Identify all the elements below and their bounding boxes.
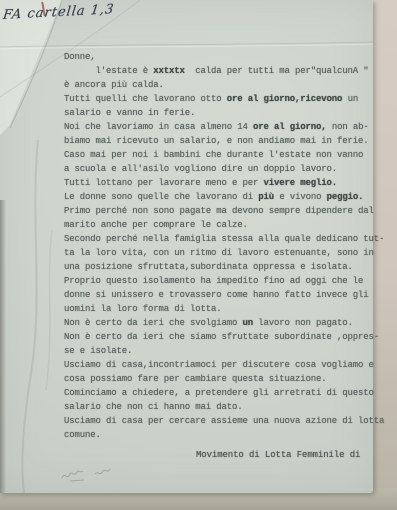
- typed-line: l'estate è xxtxtx calda per tutti ma per…: [64, 64, 384, 78]
- typed-line: è ancora più calda.: [64, 78, 384, 92]
- typed-line: Donne,: [64, 50, 384, 64]
- typed-line: cosa possiamo fare per cambiare questa s…: [64, 372, 384, 386]
- typewritten-page: FA cartella 1,3 Donne, l'estate è xxtxtx…: [0, 0, 373, 493]
- typed-line: Tutti quelli che lavorano otto ore al gi…: [64, 92, 384, 106]
- scanned-document-photo: { "document": { "annotations": { "header…: [0, 0, 397, 510]
- horizontal-fold-line: [0, 42, 373, 47]
- typed-line: Non è certo da ieri che siamo sfruttate …: [64, 330, 384, 344]
- typed-line: salario che non ci hanno mai dato.: [64, 400, 384, 414]
- handwritten-annotation: FA cartella 1,3: [2, 2, 115, 23]
- letter-body: Donne, l'estate è xxtxtx calda per tutti…: [64, 50, 384, 442]
- pencil-scribble-icon: [62, 469, 110, 481]
- typed-line: salario e vanno in ferie.: [64, 106, 384, 120]
- typed-line: se e isolate.: [64, 344, 384, 358]
- typed-line: uomini la loro forma di lotta.: [64, 302, 384, 316]
- vertical-crease-2: [46, 230, 52, 390]
- typed-line: Proprio questo isolamento ha impedito fi…: [64, 274, 384, 288]
- typed-line: ta la loro vita, con un ritmo di lavoro …: [64, 246, 384, 260]
- horizontal-fold-highlight: [0, 44, 373, 49]
- typed-line: a scuola e all'asilo vogliono dire un do…: [64, 162, 384, 176]
- typed-line: biamo mai ricevuto un salario, e non and…: [64, 134, 384, 148]
- typed-line: Noi che lavoriamo in casa almeno 14 ore …: [64, 120, 384, 134]
- typed-line: Tutti lottano per lavorare meno e per vi…: [64, 176, 384, 190]
- vertical-crease: [22, 140, 38, 493]
- typed-line: Secondo perché nella famiglia stessa all…: [64, 232, 384, 246]
- typed-line: marito anche per comprare le calze.: [64, 218, 384, 232]
- typed-line: donne si unissero e trovassero come hann…: [64, 288, 384, 302]
- typed-line: Caso mai per noi i bambini che durante l…: [64, 148, 384, 162]
- typed-line: Primo perché non sono pagate ma devono s…: [64, 204, 384, 218]
- paper-left-edge-shadow: [0, 200, 6, 493]
- typed-line: Non è certo da ieri che svolgiamo un lav…: [64, 316, 384, 330]
- typed-line: Cominciamo a chiedere, a pretendere gli …: [64, 386, 384, 400]
- typed-line: Usciamo di casa per cercare assieme una …: [64, 414, 384, 428]
- typed-line: Usciamo di casa,incontriamoci per discut…: [64, 358, 384, 372]
- typed-line: Le donne sono quelle che lavorano di più…: [64, 190, 384, 204]
- typed-line: una posizione sfruttata,subordinata oppr…: [64, 260, 384, 274]
- typed-line: comune.: [64, 428, 384, 442]
- signature-line: Movimento di Lotta Femminile di: [196, 450, 360, 460]
